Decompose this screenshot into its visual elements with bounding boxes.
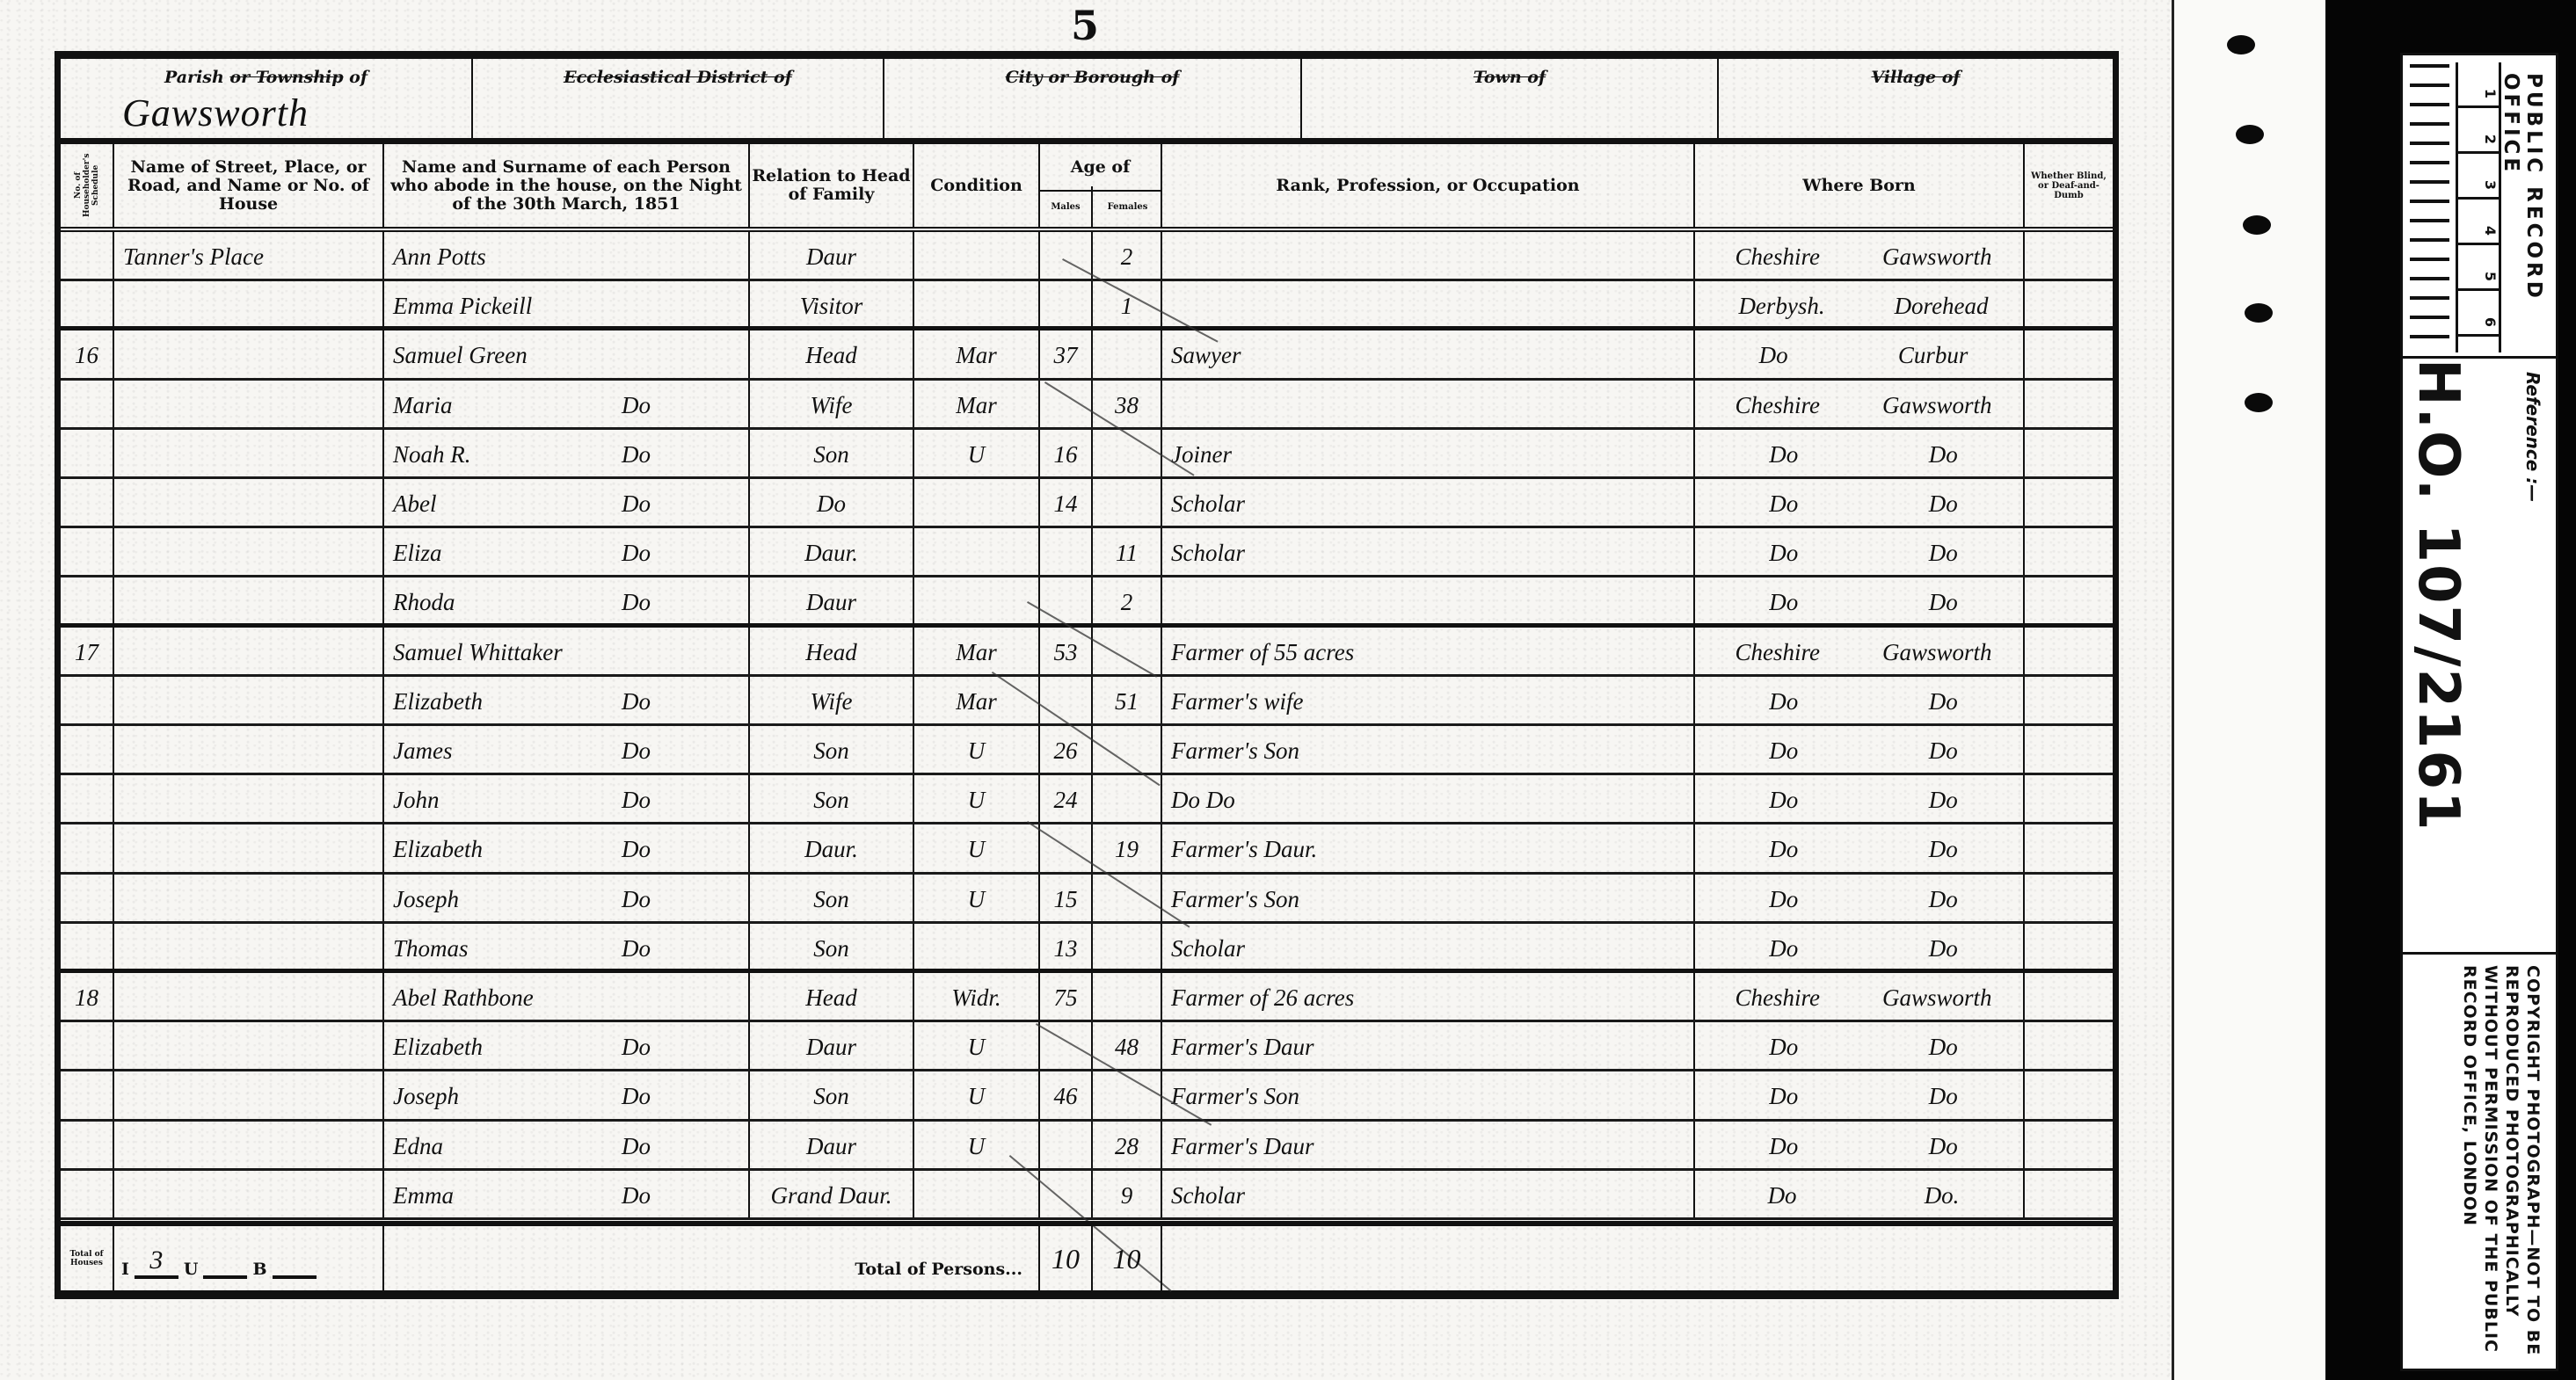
female-age-cell: 1 bbox=[1093, 281, 1162, 326]
born-place: Do bbox=[1929, 528, 1958, 575]
blind-cell bbox=[2025, 1071, 2113, 1118]
male-age-cell bbox=[1040, 577, 1093, 622]
person-name: Emma Pickeill bbox=[393, 281, 622, 330]
relation-cell: Wife bbox=[750, 381, 914, 427]
table-row: 18Abel RathboneHeadWidr.75Farmer of 26 a… bbox=[61, 973, 2113, 1022]
header-occupation: Rank, Profession, or Occupation bbox=[1162, 144, 1695, 227]
relation-cell: Daur bbox=[750, 232, 914, 279]
females-total-cell: 10 bbox=[1093, 1226, 1162, 1291]
street-cell bbox=[114, 1071, 384, 1118]
town-label: Town of bbox=[1302, 68, 1717, 87]
condition-cell: U bbox=[914, 875, 1040, 921]
street-cell: Tanner's Place bbox=[114, 232, 384, 279]
table-row: ElizabethDoDaur.U19Farmer's Daur.DoDo bbox=[61, 824, 2113, 874]
inhabited-count: 3 bbox=[135, 1246, 178, 1279]
male-age-cell bbox=[1040, 528, 1093, 575]
table-row: JosephDoSonU15Farmer's SonDoDo bbox=[61, 875, 2113, 924]
schedule-cell bbox=[61, 479, 114, 526]
condition-cell: Mar bbox=[914, 628, 1040, 674]
occupation-cell bbox=[1162, 281, 1695, 326]
uninhabited-key: U bbox=[184, 1260, 199, 1279]
condition-cell: U bbox=[914, 775, 1040, 822]
person-name: Elizabeth bbox=[393, 677, 622, 726]
parish-value: Gawsworth bbox=[122, 91, 309, 135]
relation-cell: Do bbox=[750, 479, 914, 526]
where-born-cell: CheshireGawsworth bbox=[1695, 973, 2025, 1020]
ruler-boxes: 1 2 3 4 5 6 bbox=[2456, 62, 2501, 352]
where-born-cell: DoDo bbox=[1695, 430, 2025, 476]
born-county: Do bbox=[1769, 1022, 1798, 1069]
copyright-notice: COPYRIGHT PHOTOGRAPH—NOT TO BE REPRODUCE… bbox=[2412, 965, 2543, 1369]
born-county: Do bbox=[1769, 1071, 1798, 1118]
occupation-cell: Farmer's Daur. bbox=[1162, 824, 1695, 871]
header-females: Females bbox=[1093, 186, 1162, 227]
surname-ditto: Do bbox=[622, 540, 651, 566]
census-form: Parish or Township of Gawsworth Ecclesia… bbox=[55, 51, 2119, 1299]
blind-cell bbox=[2025, 281, 2113, 326]
column-header-row: No. of Householder's Schedule Name of St… bbox=[61, 144, 2113, 232]
parish-label: Parish or Township of bbox=[61, 68, 471, 87]
schedule-cell bbox=[61, 1022, 114, 1069]
person-name-cell: EdnaDo bbox=[384, 1122, 750, 1168]
born-place: Do bbox=[1929, 824, 1958, 871]
male-age-cell bbox=[1040, 677, 1093, 723]
male-age-cell bbox=[1040, 281, 1093, 326]
street-cell bbox=[114, 1022, 384, 1069]
relation-cell: Daur bbox=[750, 1022, 914, 1069]
condition-cell bbox=[914, 528, 1040, 575]
schedule-cell: 17 bbox=[61, 628, 114, 674]
person-name: Maria bbox=[393, 381, 622, 430]
city-label: City or Borough of bbox=[884, 68, 1300, 87]
ruler: 1 2 3 4 5 6 PUBLIC RECORD OFFICE bbox=[2403, 55, 2556, 359]
where-born-cell: CheshireGawsworth bbox=[1695, 381, 2025, 427]
born-county: Do bbox=[1769, 875, 1798, 921]
table-row: RhodaDoDaur2DoDo bbox=[61, 577, 2113, 627]
born-county: Do bbox=[1768, 1171, 1797, 1217]
street-cell bbox=[114, 973, 384, 1020]
blind-cell bbox=[2025, 232, 2113, 279]
relation-cell: Head bbox=[750, 330, 914, 377]
blind-cell bbox=[2025, 1171, 2113, 1217]
header-condition: Condition bbox=[914, 144, 1040, 227]
occupation-cell bbox=[1162, 577, 1695, 622]
reference-label: Reference :— bbox=[2522, 372, 2543, 502]
born-county: Do bbox=[1769, 775, 1798, 822]
header-blind: Whether Blind, or Deaf-and-Dumb bbox=[2025, 144, 2113, 227]
surname-ditto: Do bbox=[622, 1133, 651, 1159]
relation-cell: Son bbox=[750, 775, 914, 822]
condition-cell bbox=[914, 281, 1040, 326]
female-age-cell bbox=[1093, 924, 1162, 969]
born-place: Do. bbox=[1925, 1171, 1960, 1217]
born-place: Do bbox=[1929, 1022, 1958, 1069]
person-name-cell: EmmaDo bbox=[384, 1171, 750, 1217]
male-age-cell: 75 bbox=[1040, 973, 1093, 1020]
blind-cell bbox=[2025, 775, 2113, 822]
table-row: Noah R.DoSonU16JoinerDoDo bbox=[61, 430, 2113, 479]
where-born-cell: DoDo bbox=[1695, 528, 2025, 575]
surname-ditto: Do bbox=[622, 1034, 651, 1060]
person-name: John bbox=[393, 775, 622, 824]
schedule-cell bbox=[61, 281, 114, 326]
person-name-cell: Samuel Whittaker bbox=[384, 628, 750, 674]
born-county: Cheshire bbox=[1735, 381, 1820, 427]
street-cell bbox=[114, 381, 384, 427]
surname-ditto: Do bbox=[622, 836, 651, 862]
street-cell bbox=[114, 775, 384, 822]
born-place: Gawsworth bbox=[1882, 232, 1992, 279]
houses-label: Total of Houses bbox=[61, 1226, 113, 1291]
person-name: Eliza bbox=[393, 528, 622, 577]
table-row: EmmaDoGrand Daur.9ScholarDoDo. bbox=[61, 1171, 2113, 1220]
blind-cell bbox=[2025, 824, 2113, 871]
blind-cell bbox=[2025, 924, 2113, 969]
female-age-cell: 19 bbox=[1093, 824, 1162, 871]
born-place: Do bbox=[1929, 479, 1958, 526]
condition-cell: U bbox=[914, 1122, 1040, 1168]
female-age-cell bbox=[1093, 775, 1162, 822]
person-name: Ann Potts bbox=[393, 232, 622, 281]
male-age-cell bbox=[1040, 1122, 1093, 1168]
condition-cell bbox=[914, 577, 1040, 622]
occupation-cell: Scholar bbox=[1162, 1171, 1695, 1217]
village-label: Village of bbox=[1719, 68, 2113, 87]
born-county: Cheshire bbox=[1735, 232, 1820, 279]
reference-card: 1 2 3 4 5 6 PUBLIC RECORD OFFICE Referen… bbox=[2400, 53, 2558, 1371]
where-born-cell: CheshireGawsworth bbox=[1695, 628, 2025, 674]
street-cell bbox=[114, 281, 384, 326]
table-row: ElizaDoDaur.11ScholarDoDo bbox=[61, 528, 2113, 577]
surname-ditto: Do bbox=[622, 737, 651, 764]
born-county: Do bbox=[1769, 1122, 1798, 1168]
person-name: Abel bbox=[393, 479, 622, 528]
surname-ditto: Do bbox=[622, 935, 651, 962]
census-page: 5 Parish or Township of Gawsworth Eccles… bbox=[0, 0, 2330, 1380]
street-cell bbox=[114, 330, 384, 377]
punch-hole bbox=[2245, 303, 2273, 323]
schedule-cell: 16 bbox=[61, 330, 114, 377]
relation-cell: Grand Daur. bbox=[750, 1171, 914, 1217]
occupation-cell: Joiner bbox=[1162, 430, 1695, 476]
header-schedule: No. of Householder's Schedule bbox=[61, 144, 114, 227]
houses-label-cell: Total of Houses bbox=[61, 1226, 114, 1291]
street-cell bbox=[114, 479, 384, 526]
schedule-cell bbox=[61, 924, 114, 969]
occupation-cell: Farmer's Son bbox=[1162, 875, 1695, 921]
relation-cell: Son bbox=[750, 430, 914, 476]
blind-cell bbox=[2025, 479, 2113, 526]
where-born-cell: DoDo. bbox=[1695, 1171, 2025, 1217]
condition-cell bbox=[914, 479, 1040, 526]
female-age-cell: 2 bbox=[1093, 232, 1162, 279]
born-county: Do bbox=[1769, 824, 1798, 871]
person-name-cell: JohnDo bbox=[384, 775, 750, 822]
female-age-cell bbox=[1093, 430, 1162, 476]
street-cell bbox=[114, 924, 384, 969]
street-cell bbox=[114, 677, 384, 723]
person-name-cell: Noah R.Do bbox=[384, 430, 750, 476]
where-born-cell: Derbysh.Dorehead bbox=[1695, 281, 2025, 326]
table-row: JosephDoSonU46Farmer's SonDoDo bbox=[61, 1071, 2113, 1121]
locality-ecclesiastical: Ecclesiastical District of bbox=[473, 59, 884, 138]
totals-row: Total of Houses I 3 U B Total of Persons… bbox=[61, 1221, 2113, 1291]
surname-ditto: Do bbox=[622, 787, 651, 813]
condition-cell bbox=[914, 1171, 1040, 1217]
person-name-cell: AbelDo bbox=[384, 479, 750, 526]
schedule-cell bbox=[61, 1071, 114, 1118]
street-cell bbox=[114, 875, 384, 921]
born-place: Do bbox=[1929, 775, 1958, 822]
males-total: 10 bbox=[1040, 1226, 1091, 1291]
born-county: Do bbox=[1759, 330, 1788, 377]
born-county: Cheshire bbox=[1735, 973, 1820, 1020]
born-place: Do bbox=[1929, 1071, 1958, 1118]
table-row: JohnDoSonU24Do DoDoDo bbox=[61, 775, 2113, 824]
female-age-cell bbox=[1093, 726, 1162, 773]
relation-cell: Wife bbox=[750, 677, 914, 723]
person-name: Elizabeth bbox=[393, 1022, 622, 1071]
person-name-cell: Abel Rathbone bbox=[384, 973, 750, 1020]
reference-divider bbox=[2403, 952, 2556, 955]
blind-cell bbox=[2025, 726, 2113, 773]
ecclesiastical-label: Ecclesiastical District of bbox=[473, 68, 883, 87]
occupation-cell: Farmer's Son bbox=[1162, 726, 1695, 773]
table-row: 16Samuel GreenHeadMar37SawyerDoCurbur bbox=[61, 330, 2113, 380]
occupation-cell: Farmer of 55 acres bbox=[1162, 628, 1695, 674]
street-cell bbox=[114, 430, 384, 476]
table-row: ElizabethDoWifeMar51Farmer's wifeDoDo bbox=[61, 677, 2113, 726]
street-cell bbox=[114, 628, 384, 674]
female-age-cell bbox=[1093, 973, 1162, 1020]
born-place: Gawsworth bbox=[1882, 973, 1992, 1020]
male-age-cell: 13 bbox=[1040, 924, 1093, 969]
inhabited-key: I bbox=[121, 1260, 129, 1279]
person-name-cell: MariaDo bbox=[384, 381, 750, 427]
occupation-cell: Farmer's Daur bbox=[1162, 1122, 1695, 1168]
surname-ditto: Do bbox=[622, 1083, 651, 1109]
table-row: MariaDoWifeMar38CheshireGawsworth bbox=[61, 381, 2113, 430]
person-name: Thomas bbox=[393, 924, 622, 973]
condition-cell: U bbox=[914, 726, 1040, 773]
condition-cell: U bbox=[914, 1071, 1040, 1118]
schedule-cell bbox=[61, 528, 114, 575]
punch-hole bbox=[2236, 125, 2264, 144]
street-cell bbox=[114, 528, 384, 575]
where-born-cell: DoDo bbox=[1695, 1071, 2025, 1118]
where-born-cell: DoDo bbox=[1695, 824, 2025, 871]
born-place: Dorehead bbox=[1895, 281, 1989, 326]
occupation-cell: Farmer of 26 acres bbox=[1162, 973, 1695, 1020]
condition-cell: Widr. bbox=[914, 973, 1040, 1020]
person-name-cell: Emma Pickeill bbox=[384, 281, 750, 326]
schedule-cell: 18 bbox=[61, 973, 114, 1020]
born-place: Do bbox=[1929, 924, 1958, 969]
condition-cell: U bbox=[914, 1022, 1040, 1069]
born-county: Do bbox=[1769, 577, 1798, 622]
table-row: Tanner's PlaceAnn PottsDaur2CheshireGaws… bbox=[61, 232, 2113, 281]
schedule-cell bbox=[61, 430, 114, 476]
person-name: Edna bbox=[393, 1122, 622, 1171]
schedule-cell bbox=[61, 1122, 114, 1168]
born-place: Gawsworth bbox=[1882, 381, 1992, 427]
person-name: Samuel Whittaker bbox=[393, 628, 622, 677]
condition-cell: Mar bbox=[914, 381, 1040, 427]
female-age-cell: 9 bbox=[1093, 1171, 1162, 1217]
blind-cell bbox=[2025, 875, 2113, 921]
where-born-cell: CheshireGawsworth bbox=[1695, 232, 2025, 279]
born-county: Do bbox=[1769, 726, 1798, 773]
street-cell bbox=[114, 577, 384, 622]
born-place: Gawsworth bbox=[1882, 628, 1992, 674]
male-age-cell: 16 bbox=[1040, 430, 1093, 476]
male-age-cell bbox=[1040, 1171, 1093, 1217]
locality-parish: Parish or Township of Gawsworth bbox=[61, 59, 473, 138]
person-name-cell: JosephDo bbox=[384, 1071, 750, 1118]
male-age-cell: 37 bbox=[1040, 330, 1093, 377]
born-place: Do bbox=[1929, 577, 1958, 622]
female-age-cell bbox=[1093, 330, 1162, 377]
condition-cell bbox=[914, 924, 1040, 969]
street-cell bbox=[114, 726, 384, 773]
where-born-cell: DoDo bbox=[1695, 924, 2025, 969]
where-born-cell: DoDo bbox=[1695, 775, 2025, 822]
surname-ditto: Do bbox=[622, 441, 651, 468]
punch-hole bbox=[2243, 215, 2271, 235]
occupation-cell bbox=[1162, 381, 1695, 427]
schedule-cell bbox=[61, 381, 114, 427]
schedule-cell bbox=[61, 775, 114, 822]
surname-ditto: Do bbox=[622, 688, 651, 715]
locality-town: Town of bbox=[1302, 59, 1719, 138]
locality-village: Village of bbox=[1719, 59, 2113, 138]
born-county: Cheshire bbox=[1735, 628, 1820, 674]
schedule-cell bbox=[61, 577, 114, 622]
table-row: ElizabethDoDaurU48Farmer's DaurDoDo bbox=[61, 1022, 2113, 1071]
table-row: JamesDoSonU26Farmer's SonDoDo bbox=[61, 726, 2113, 775]
where-born-cell: DoCurbur bbox=[1695, 330, 2025, 377]
houses-counts-cell: I 3 U B bbox=[114, 1226, 384, 1291]
person-name: Noah R. bbox=[393, 430, 622, 479]
blind-cell bbox=[2025, 577, 2113, 622]
born-place: Do bbox=[1929, 1122, 1958, 1168]
page-number: 5 bbox=[1071, 2, 1099, 49]
relation-cell: Head bbox=[750, 628, 914, 674]
born-place: Curbur bbox=[1898, 330, 1968, 377]
where-born-cell: DoDo bbox=[1695, 1122, 2025, 1168]
male-age-cell bbox=[1040, 381, 1093, 427]
blind-cell bbox=[2025, 677, 2113, 723]
header-relation: Relation to Head of Family bbox=[750, 144, 914, 227]
houses-counts: I 3 U B bbox=[114, 1226, 382, 1291]
surname-ditto: Do bbox=[622, 886, 651, 912]
locality-city: City or Borough of bbox=[884, 59, 1302, 138]
relation-cell: Son bbox=[750, 726, 914, 773]
table-row: Emma PickeillVisitor1Derbysh.Dorehead bbox=[61, 281, 2113, 330]
blind-cell bbox=[2025, 1122, 2113, 1168]
where-born-cell: DoDo bbox=[1695, 1022, 2025, 1069]
born-county: Derbysh. bbox=[1738, 281, 1824, 326]
where-born-cell: DoDo bbox=[1695, 726, 2025, 773]
blind-cell bbox=[2025, 430, 2113, 476]
occupation-cell: Scholar bbox=[1162, 479, 1695, 526]
born-county: Do bbox=[1769, 677, 1798, 723]
pro-title: PUBLIC RECORD OFFICE bbox=[2500, 73, 2545, 356]
header-age-of: Age of bbox=[1040, 144, 1161, 192]
locality-row: Parish or Township of Gawsworth Ecclesia… bbox=[61, 59, 2113, 144]
male-age-cell: 14 bbox=[1040, 479, 1093, 526]
condition-cell: U bbox=[914, 824, 1040, 871]
person-name-cell: Samuel Green bbox=[384, 330, 750, 377]
relation-cell: Head bbox=[750, 973, 914, 1020]
born-county: Do bbox=[1769, 924, 1798, 969]
surname-ditto: Do bbox=[622, 589, 651, 615]
occupation-cell bbox=[1162, 232, 1695, 279]
born-county: Do bbox=[1769, 528, 1798, 575]
male-age-cell: 15 bbox=[1040, 875, 1093, 921]
total-persons-label: Total of Persons... bbox=[855, 1260, 1022, 1279]
person-name: Joseph bbox=[393, 1071, 622, 1121]
male-age-cell: 24 bbox=[1040, 775, 1093, 822]
male-age-cell: 46 bbox=[1040, 1071, 1093, 1118]
header-age: Age of Males Females bbox=[1040, 144, 1162, 227]
schedule-cell bbox=[61, 1171, 114, 1217]
relation-cell: Visitor bbox=[750, 281, 914, 326]
schedule-cell bbox=[61, 726, 114, 773]
person-name: Abel Rathbone bbox=[393, 973, 622, 1022]
relation-cell: Son bbox=[750, 924, 914, 969]
born-place: Do bbox=[1929, 726, 1958, 773]
female-age-cell bbox=[1093, 1071, 1162, 1118]
blind-cell bbox=[2025, 528, 2113, 575]
uninhabited-count bbox=[203, 1275, 247, 1279]
occupation-cell: Farmer's Son bbox=[1162, 1071, 1695, 1118]
person-name: Joseph bbox=[393, 875, 622, 924]
table-row: ThomasDoSon13ScholarDoDo bbox=[61, 924, 2113, 973]
person-name: Elizabeth bbox=[393, 824, 622, 874]
condition-cell: Mar bbox=[914, 330, 1040, 377]
person-name-cell: JamesDo bbox=[384, 726, 750, 773]
blind-cell bbox=[2025, 628, 2113, 674]
born-place: Do bbox=[1929, 677, 1958, 723]
occupation-cell: Sawyer bbox=[1162, 330, 1695, 377]
female-age-cell: 28 bbox=[1093, 1122, 1162, 1168]
where-born-cell: DoDo bbox=[1695, 677, 2025, 723]
person-name-cell: ThomasDo bbox=[384, 924, 750, 969]
born-county: Do bbox=[1769, 430, 1798, 476]
female-age-cell bbox=[1093, 479, 1162, 526]
males-total-cell: 10 bbox=[1040, 1226, 1093, 1291]
born-county: Do bbox=[1769, 479, 1798, 526]
relation-cell: Son bbox=[750, 1071, 914, 1118]
occupation-cell: Farmer's Daur bbox=[1162, 1022, 1695, 1069]
persons-label-cell: Total of Persons... bbox=[384, 1226, 1040, 1291]
surname-ditto: Do bbox=[622, 1182, 651, 1209]
relation-cell: Daur. bbox=[750, 528, 914, 575]
punch-hole bbox=[2245, 393, 2273, 412]
person-name: James bbox=[393, 726, 622, 775]
punch-hole bbox=[2227, 35, 2255, 54]
blind-cell bbox=[2025, 1022, 2113, 1069]
person-name-cell: Ann Potts bbox=[384, 232, 750, 279]
where-born-cell: DoDo bbox=[1695, 577, 2025, 622]
person-name-cell: JosephDo bbox=[384, 875, 750, 921]
page-margin bbox=[2172, 0, 2332, 1380]
schedule-cell bbox=[61, 824, 114, 871]
blind-cell bbox=[2025, 973, 2113, 1020]
female-age-cell bbox=[1093, 628, 1162, 674]
occupation-cell: Farmer's wife bbox=[1162, 677, 1695, 723]
